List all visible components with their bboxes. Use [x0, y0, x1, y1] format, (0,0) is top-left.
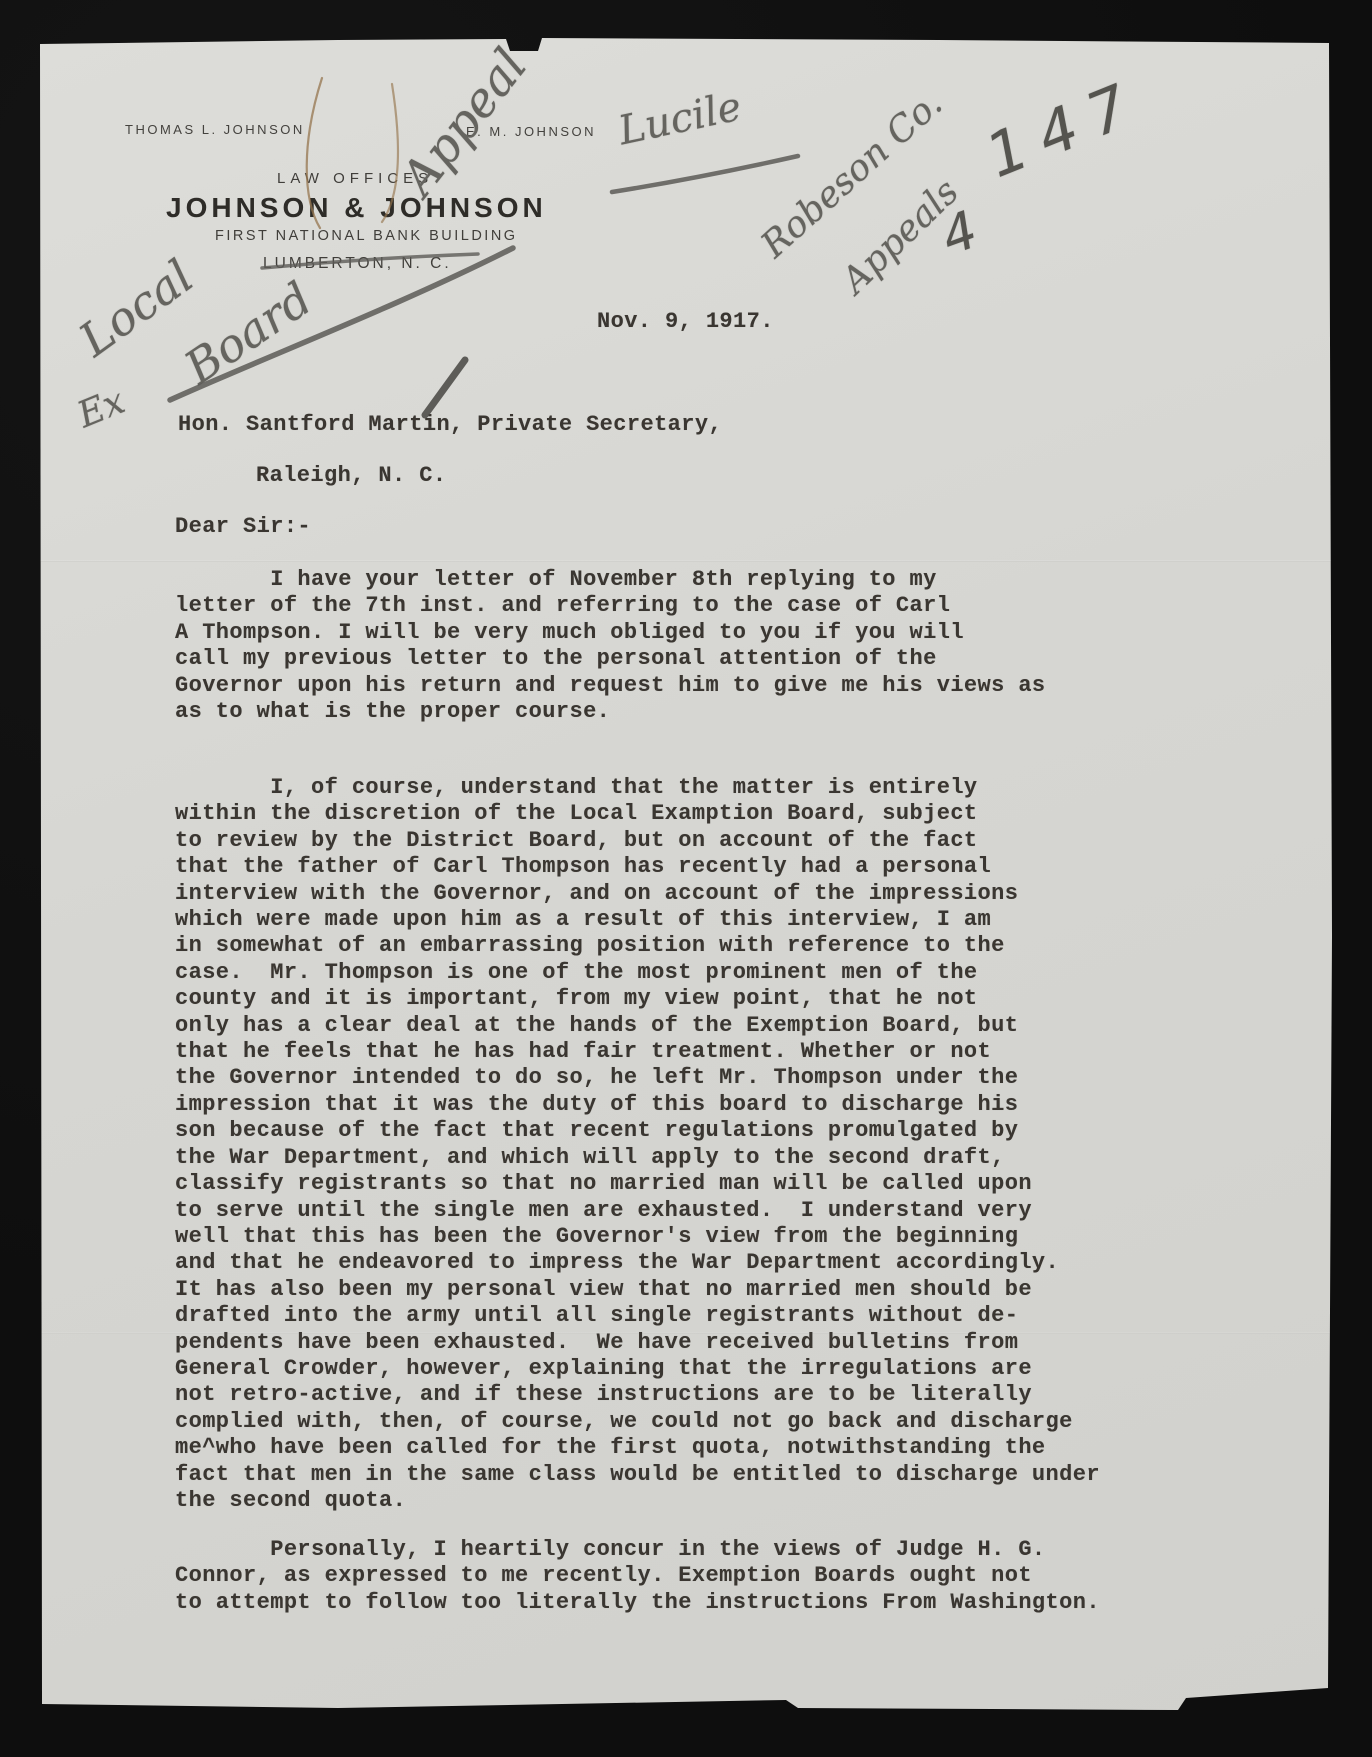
body-paragraph-2: I, of course, understand that the matter…: [175, 775, 1100, 1514]
pencil-underline-name: [612, 156, 798, 192]
annotation-clerk-name: Lucile: [615, 84, 746, 155]
letterhead-firm-name: JOHNSON & JOHNSON: [166, 192, 547, 224]
body-paragraph-1: I have your letter of November 8th reply…: [175, 567, 1046, 725]
salutation: Dear Sir:-: [175, 514, 311, 540]
annotation-number-4: 4: [934, 200, 986, 268]
recipient-line-1: Hon. Santford Martin, Private Secretary,: [178, 412, 722, 438]
letterhead-building: FIRST NATIONAL BANK BUILDING: [215, 228, 518, 244]
letterhead-city: LUMBERTON, N. C.: [263, 255, 452, 273]
pencil-bold-stroke: [425, 360, 465, 415]
letterhead-attorney-left: THOMAS L. JOHNSON: [125, 122, 305, 137]
recipient-line-2: Raleigh, N. C.: [256, 463, 446, 489]
body-paragraph-3: Personally, I heartily concur in the vie…: [175, 1537, 1100, 1616]
paper-crease: [38, 560, 1332, 562]
scanned-letter-page: { "colors":{ "background":"#0e0e0e", "pa…: [0, 0, 1372, 1757]
annotation-appeal: Appeal: [390, 38, 538, 205]
annotation-case-number-147: 147: [977, 66, 1154, 192]
date-line: Nov. 9, 1917.: [597, 309, 774, 335]
annotation-ex: Ex: [72, 381, 131, 436]
letter-paper: THOMAS L. JOHNSON E. M. JOHNSON LAW OFFI…: [38, 36, 1332, 1718]
